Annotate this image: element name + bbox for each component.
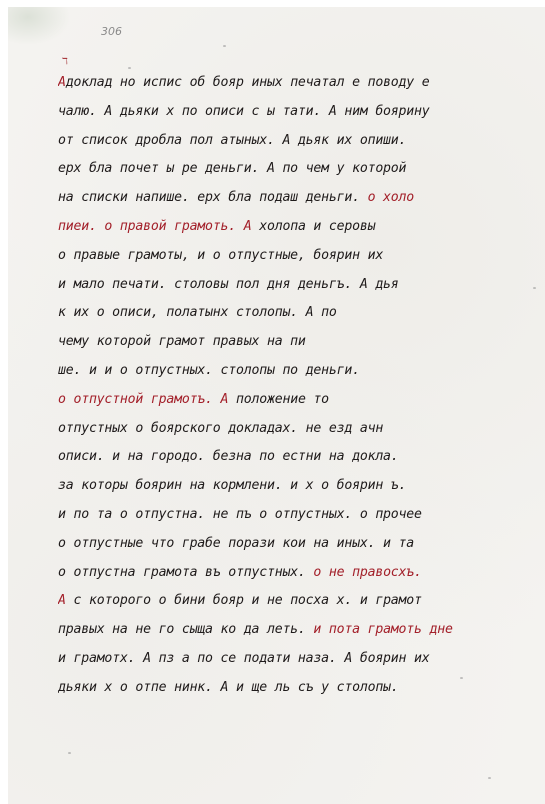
- body-text: от список дробла пол атыных. А дьяк их о…: [58, 133, 406, 148]
- body-text: [213, 392, 221, 407]
- manuscript-line: о правые грамоты, и о отпустные, боярин …: [58, 242, 510, 271]
- body-text: о правые грамоты, и о отпустные, боярин …: [58, 248, 383, 263]
- body-text: дьяки х о отпе нинк. А и ще ль съ у стол…: [58, 680, 399, 695]
- body-text: и грамотх. А пз а по се подати наза. А б…: [58, 651, 430, 666]
- manuscript-line: ерх бла почет ы ре деньги. А по чем у ко…: [58, 155, 510, 184]
- manuscript-line: о отпустна грамота въ отпустных. о не пр…: [58, 559, 510, 588]
- body-text: чалю. А дьяки х по описи с ы тати. А ним…: [58, 104, 430, 119]
- rubric-text: о отпустной грамотъ.: [58, 392, 213, 407]
- body-text: описи. и на городо. безна по естни на до…: [58, 449, 399, 464]
- manuscript-line: и по та о отпустна. не пъ о отпустных. о…: [58, 501, 510, 530]
- manuscript-line: Адоклад но испис об бояр иных печатал е …: [58, 69, 510, 98]
- ink-speck: [223, 45, 226, 47]
- rubric-text: пиеи. о правой грамоть.: [58, 219, 236, 234]
- manuscript-line: А с которого о бини бояр и не посха х. и…: [58, 587, 510, 616]
- body-text: доклад но испис об бояр иных печатал е п…: [66, 75, 430, 90]
- body-text: и по та о отпустна. не пъ о отпустных. о…: [58, 507, 422, 522]
- folio-number: 306: [101, 25, 122, 38]
- manuscript-line: и мало печати. столовы пол дня деньгъ. А…: [58, 271, 510, 300]
- body-text: [236, 219, 244, 234]
- manuscript-line: и грамотх. А пз а по се подати наза. А б…: [58, 645, 510, 674]
- ink-speck: [68, 752, 71, 754]
- manuscript-line: о отпустной грамотъ. А положение то: [58, 386, 510, 415]
- manuscript-line: на списки напише. ерх бла подаш деньги. …: [58, 184, 510, 213]
- rubric-text: А: [244, 219, 252, 234]
- body-text: положение то: [228, 392, 329, 407]
- rubric-text: А: [58, 75, 66, 90]
- body-text: за которы боярин на кормлени. и х о бояр…: [58, 478, 406, 493]
- ink-speck: [460, 677, 463, 679]
- body-text: с которого о бини бояр и не посха х. и г…: [66, 593, 422, 608]
- manuscript-line: дьяки х о отпе нинк. А и ще ль съ у стол…: [58, 674, 510, 703]
- body-text: холопа и серовы: [252, 219, 376, 234]
- manuscript-line: за которы боярин на кормлени. и х о бояр…: [58, 472, 510, 501]
- body-text: ерх бла почет ы ре деньги. А по чем у ко…: [58, 161, 406, 176]
- ink-speck: [128, 67, 131, 69]
- body-text: ше. и и о отпустных. столопы по деньги.: [58, 363, 360, 378]
- manuscript-line: от список дробла пол атыных. А дьяк их о…: [58, 127, 510, 156]
- manuscript-page: 306 ℸ Адоклад но испис об бояр иных печа…: [8, 7, 545, 804]
- body-text: о отпустна грамота въ отпустных.: [58, 565, 306, 580]
- ink-speck: [488, 777, 491, 779]
- ink-speck: [533, 287, 536, 289]
- manuscript-line: о отпустные что грабе порази кои на иных…: [58, 530, 510, 559]
- manuscript-line: к их о описи, полатынх столопы. А по: [58, 299, 510, 328]
- body-text: к их о описи, полатынх столопы. А по: [58, 305, 337, 320]
- manuscript-line: отпустных о боярского докладах. не езд а…: [58, 415, 510, 444]
- body-text: чему которой грамот правых на пи: [58, 334, 306, 349]
- rubric-text: о не правосхъ.: [306, 565, 422, 580]
- body-text: отпустных о боярского докладах. не езд а…: [58, 421, 383, 436]
- body-text: правых на не го сыща ко да леть.: [58, 622, 306, 637]
- body-text: и мало печати. столовы пол дня деньгъ. А…: [58, 277, 399, 292]
- manuscript-text-block: Адоклад но испис об бояр иных печатал е …: [58, 69, 510, 703]
- manuscript-line: чалю. А дьяки х по описи с ы тати. А ним…: [58, 98, 510, 127]
- manuscript-line: описи. и на городо. безна по естни на до…: [58, 443, 510, 472]
- manuscript-line: ше. и и о отпустных. столопы по деньги.: [58, 357, 510, 386]
- body-text: на списки напише. ерх бла подаш деньги.: [58, 190, 360, 205]
- body-text: о отпустные что грабе порази кои на иных…: [58, 536, 414, 551]
- rubric-text: и пота грамоть дне: [306, 622, 453, 637]
- marginal-mark: ℸ: [62, 57, 68, 67]
- manuscript-line: пиеи. о правой грамоть. А холопа и серов…: [58, 213, 510, 242]
- rubric-text: А: [58, 593, 66, 608]
- manuscript-line: чему которой грамот правых на пи: [58, 328, 510, 357]
- rubric-text: о холо: [360, 190, 414, 205]
- manuscript-line: правых на не го сыща ко да леть. и пота …: [58, 616, 510, 645]
